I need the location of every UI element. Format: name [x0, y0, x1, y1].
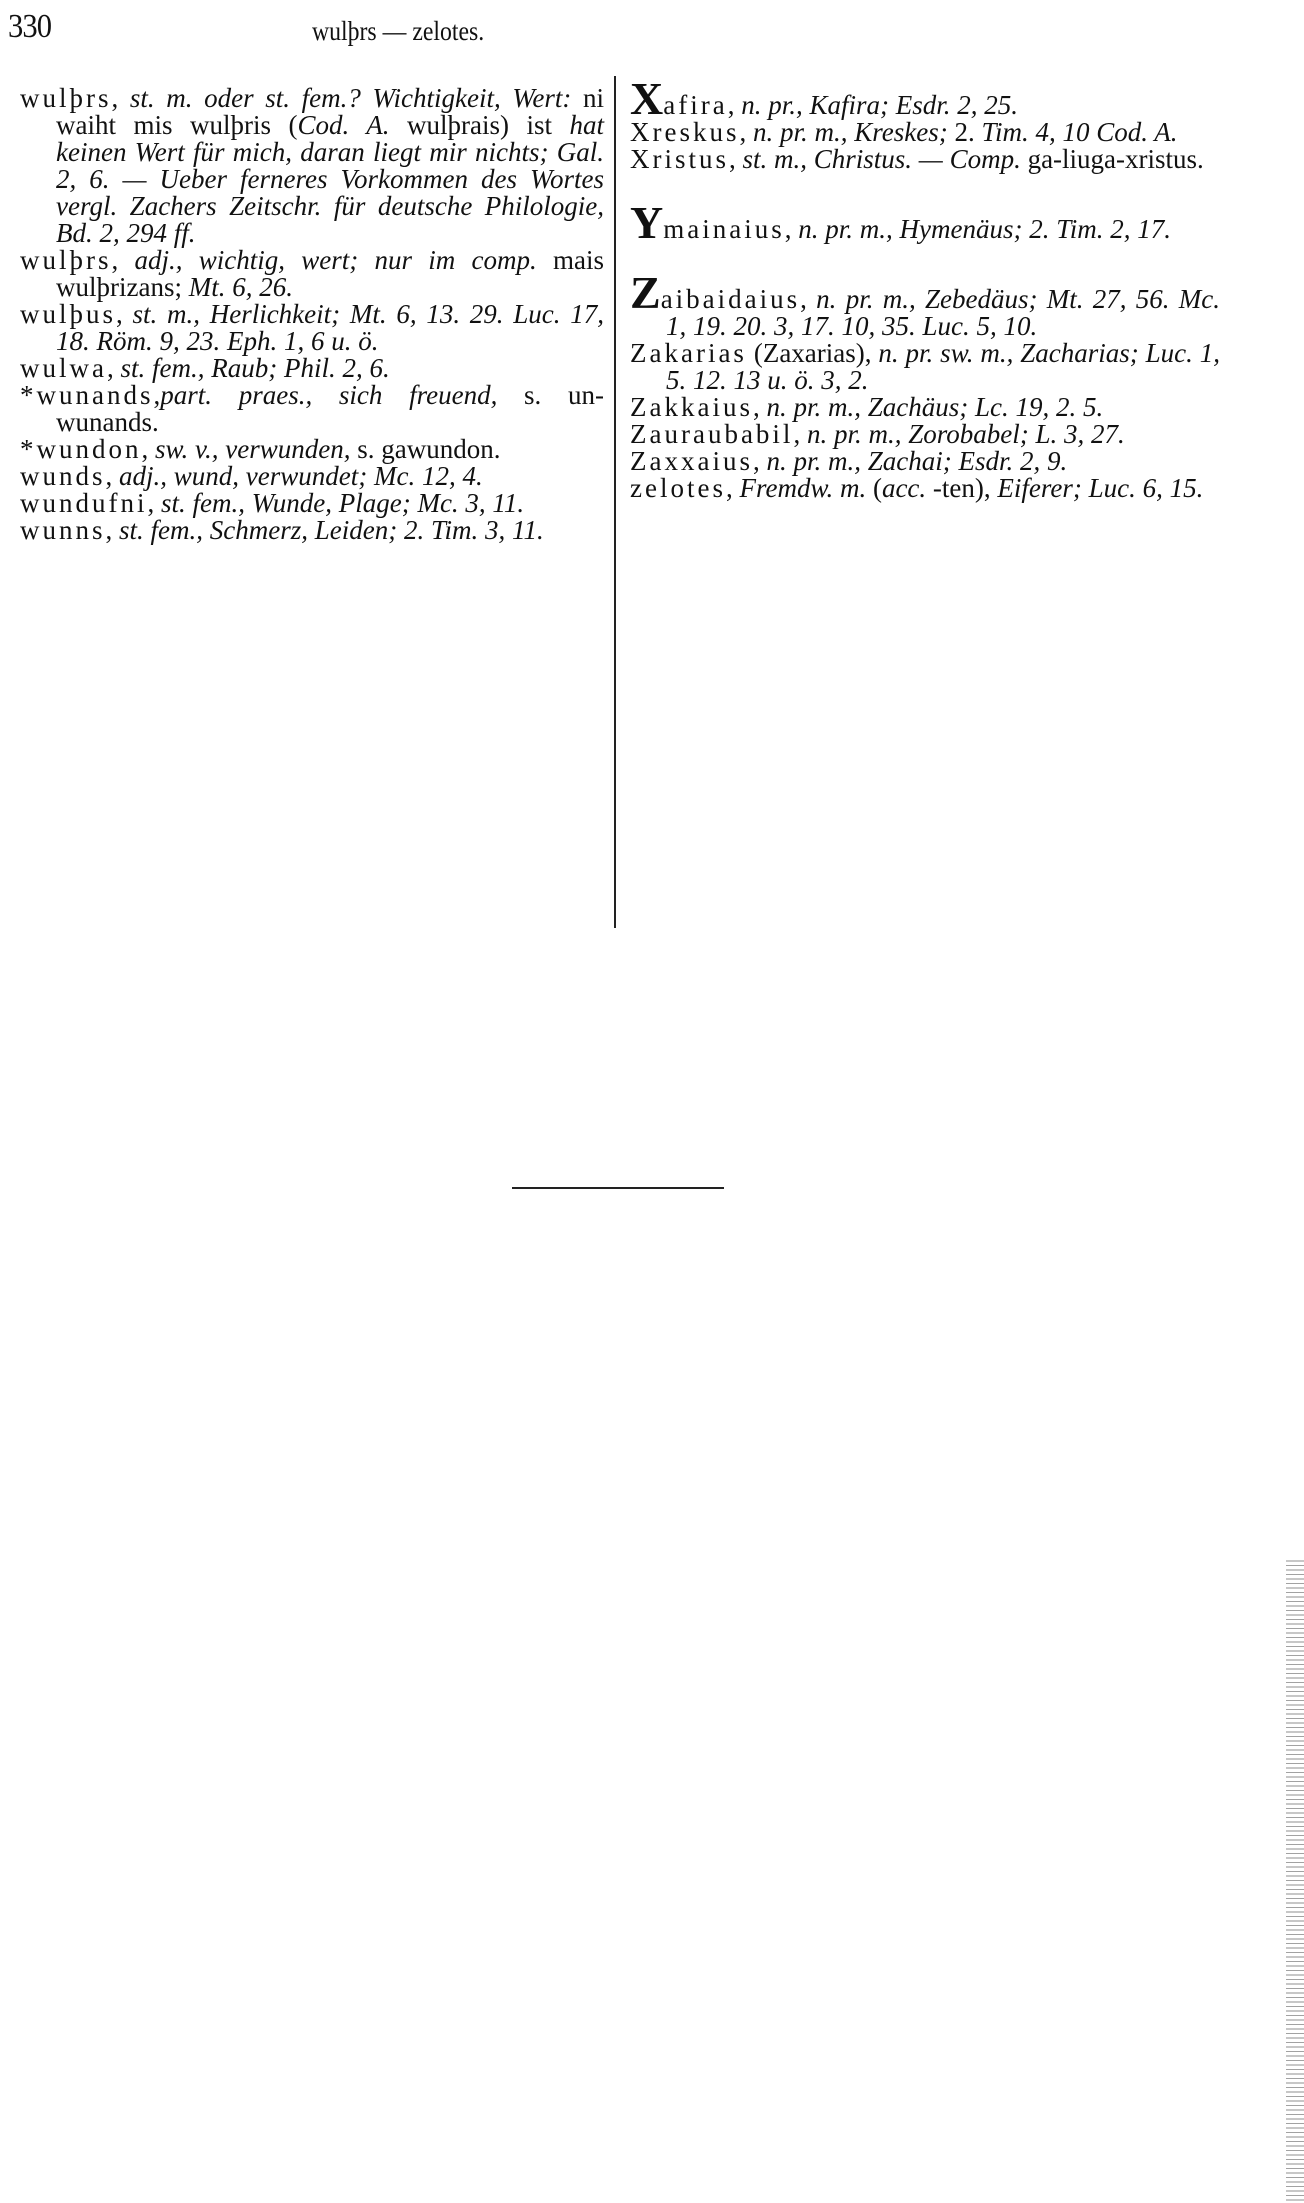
section-gap [630, 243, 1220, 279]
roman-text: , [793, 419, 807, 449]
dictionary-entry: Zauraubabil, n. pr. m., Zorobabel; L. 3,… [630, 421, 1220, 448]
right-column: Xafira, n. pr., Kafira; Esdr. 2, 25.Xres… [630, 85, 1220, 502]
roman-text: , [106, 461, 120, 491]
headword: aibaidaius [661, 284, 800, 314]
roman-text: ga-liuga-xristus. [1021, 144, 1204, 174]
headword: wulþrs [20, 245, 112, 275]
headword: *wunands [20, 380, 154, 410]
roman-text: , [740, 117, 754, 147]
column-divider [614, 76, 616, 928]
dictionary-entry: Zakkaius, n. pr. m., Zachäus; Lc. 19, 2.… [630, 394, 1220, 421]
roman-text: , [112, 83, 130, 113]
headword: Zakarias [630, 338, 747, 368]
headword: wundufni [20, 488, 148, 518]
roman-text: , [753, 446, 767, 476]
headword: Zauraubabil [630, 419, 793, 449]
dictionary-entry: *wunands,part. praes., sich freuend, s. … [20, 382, 604, 436]
dictionary-entry: Ymainaius, n. pr. m., Hymenäus; 2. Tim. … [630, 209, 1220, 243]
scan-edge-artifact [1286, 1560, 1304, 2203]
dictionary-entry: wunds, adj., wund, verwundet; Mc. 12, 4. [20, 463, 604, 490]
roman-text: , [728, 90, 742, 120]
headword: wulþus [20, 299, 116, 329]
dictionary-entry: zelotes, Fremdw. m. (acc. -ten), Eiferer… [630, 475, 1220, 502]
italic-gloss: n. pr., Kafira; Esdr. 2, 25. [741, 90, 1018, 120]
italic-gloss: adj., wichtig, wert; nur im comp. [135, 245, 537, 275]
italic-gloss: adj., wund, verwundet; Mc. 12, 4. [119, 461, 483, 491]
italic-gloss: n. pr. m., Zachai; Esdr. 2, 9. [766, 446, 1067, 476]
page-number: 330 [8, 8, 51, 46]
roman-text: , [785, 214, 799, 244]
italic-gloss: st. fem., Raub; Phil. 2, 6. [120, 353, 389, 383]
roman-text: -ten), [926, 473, 997, 503]
dictionary-entry: wulþrs, adj., wichtig, wert; nur im comp… [20, 247, 604, 301]
italic-gloss: Tim. 4, 10 Cod. A. [982, 117, 1178, 147]
italic-gloss: Eiferer; Luc. 6, 15. [997, 473, 1203, 503]
dictionary-entry: Xreskus, n. pr. m., Kreskes; 2. Tim. 4, … [630, 119, 1220, 146]
roman-text: , [726, 473, 740, 503]
italic-gloss: part. praes., sich freuend, [160, 380, 497, 410]
italic-gloss: Cod. A. [297, 110, 389, 140]
running-head: wulþrs — zelotes. [312, 16, 484, 47]
italic-gloss: n. pr. m., Zachäus; Lc. 19, 2. 5. [766, 392, 1103, 422]
italic-gloss: Fremdw. m. [739, 473, 866, 503]
italic-gloss: st. m. oder st. fem.? Wichtigkeit, Wert: [130, 83, 571, 113]
roman-text: , [753, 392, 767, 422]
roman-text: , [148, 488, 162, 518]
headword: wunns [20, 515, 106, 545]
dictionary-entry: wulwa, st. fem., Raub; Phil. 2, 6. [20, 355, 604, 382]
italic-gloss: Mt. 6, 26. [189, 272, 293, 302]
dictionary-entry: wulþus, st. m., Herlichkeit; Mt. 6, 13. … [20, 301, 604, 355]
dictionary-entry: Xafira, n. pr., Kafira; Esdr. 2, 25. [630, 85, 1220, 119]
dictionary-entry: wundufni, st. fem., Wunde, Plage; Mc. 3,… [20, 490, 604, 517]
section-gap [630, 173, 1220, 209]
roman-text: , [116, 299, 132, 329]
roman-text: , [106, 515, 120, 545]
roman-text: wulþrais) ist [390, 110, 570, 140]
roman-text: , [800, 284, 816, 314]
italic-gloss: st. m., Christus. — Comp. [743, 144, 1021, 174]
headword: mainaius [663, 214, 784, 244]
headword: *wundon [20, 434, 142, 464]
dictionary-entry: wunns, st. fem., Schmerz, Leiden; 2. Tim… [20, 517, 604, 544]
roman-text: , [112, 245, 135, 275]
headword: afira [663, 90, 727, 120]
italic-gloss: n. pr. m., Hymenäus; 2. Tim. 2, 17. [798, 214, 1171, 244]
section-initial-letter: Y [630, 197, 663, 248]
headword: Xreskus [630, 117, 740, 147]
italic-gloss: acc. [882, 473, 926, 503]
roman-text: , [142, 434, 156, 464]
italic-gloss: n. pr. m., Zorobabel; L. 3, 27. [807, 419, 1125, 449]
dictionary-entry: Zakarias (Zaxarias), n. pr. sw. m., Zach… [630, 340, 1220, 394]
italic-gloss: st. fem., Wunde, Plage; Mc. 3, 11. [161, 488, 524, 518]
italic-gloss: st. fem., Schmerz, Leiden; 2. Tim. 3, 11… [119, 515, 544, 545]
end-rule [512, 1187, 724, 1189]
roman-text: (Zaxarias), [747, 338, 878, 368]
roman-text: s. gawundon. [350, 434, 500, 464]
italic-gloss: sw. v., verwunden, [155, 434, 350, 464]
roman-text: , [107, 353, 121, 383]
roman-text: , [729, 144, 743, 174]
headword: wulwa [20, 353, 107, 383]
left-column: wulþrs, st. m. oder st. fem.? Wichtigkei… [20, 85, 604, 544]
headword: wulþrs [20, 83, 112, 113]
page-header: 330 wulþrs — zelotes. [0, 0, 1304, 60]
headword: Zakkaius [630, 392, 753, 422]
headword: Xristus [630, 144, 729, 174]
italic-gloss: n. pr. m., Kreskes; [753, 117, 948, 147]
headword: wunds [20, 461, 106, 491]
headword: zelotes [630, 473, 726, 503]
dictionary-entry: *wundon, sw. v., verwunden, s. gawundon. [20, 436, 604, 463]
dictionary-entry: Zaibaidaius, n. pr. m., Zebedäus; Mt. 27… [630, 279, 1220, 340]
italic-gloss: st. m., Herlichkeit; Mt. 6, 13. 29. Luc.… [56, 299, 604, 356]
roman-text: ( [866, 473, 882, 503]
headword: Zaxxaius [630, 446, 753, 476]
dictionary-entry: wulþrs, st. m. oder st. fem.? Wichtigkei… [20, 85, 604, 247]
roman-text: 2. [948, 117, 982, 147]
dictionary-entry: Xristus, st. m., Christus. — Comp. ga-li… [630, 146, 1220, 173]
dictionary-entry: Zaxxaius, n. pr. m., Zachai; Esdr. 2, 9. [630, 448, 1220, 475]
section-initial-letter: Z [630, 267, 661, 318]
